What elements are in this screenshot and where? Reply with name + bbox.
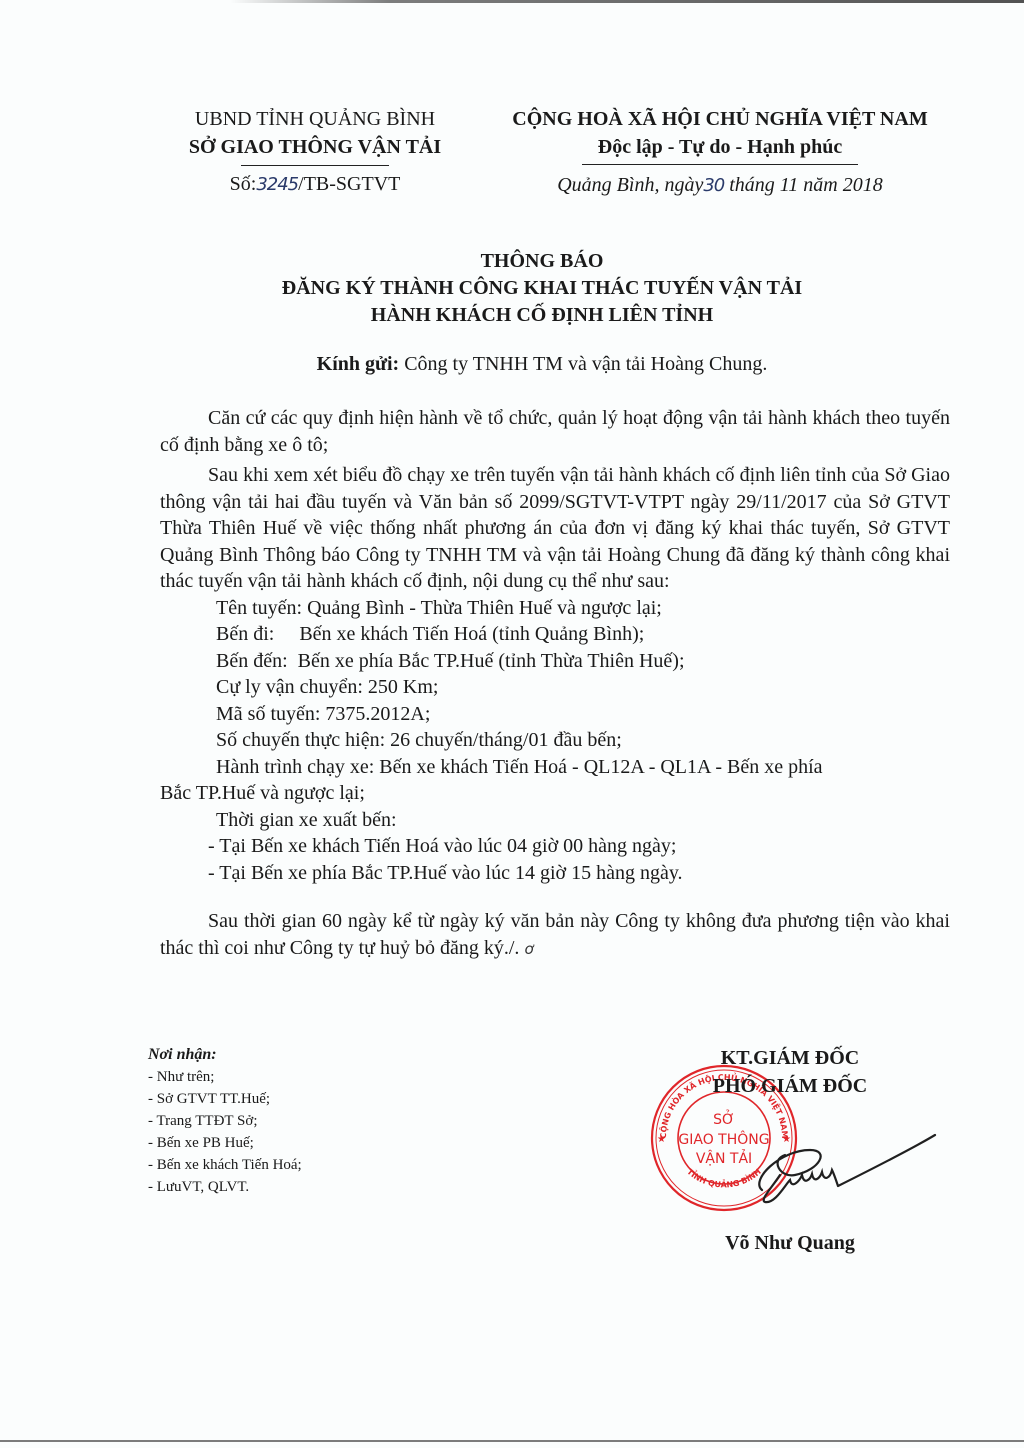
date-prefix: Quảng Bình, ngày <box>557 174 703 196</box>
addressee-label: Kính gửi: <box>317 353 400 375</box>
departure-time-tien-hoa: - Tại Bến xe khách Tiến Hoá vào lúc 04 g… <box>160 833 950 860</box>
authority-name: UBND TỈNH QUẢNG BÌNH <box>150 105 480 133</box>
number-handwritten: 3245 <box>256 174 298 195</box>
title-line-3: HÀNH KHÁCH CỐ ĐỊNH LIÊN TỈNH <box>100 302 984 329</box>
number-prefix: Số: <box>230 173 257 195</box>
title-line-2: ĐĂNG KÝ THÀNH CÔNG KHAI THÁC TUYẾN VẬN T… <box>100 275 984 302</box>
distribution-item: - Bến xe khách Tiến Hoá; <box>148 1154 302 1176</box>
distribution-item: - Trang TTĐT Sở; <box>148 1110 302 1132</box>
svg-text:★: ★ <box>657 1134 666 1145</box>
departure-times-label: Thời gian xe xuất bến: <box>160 807 950 834</box>
closing-text: Sau thời gian 60 ngày kể từ ngày ký văn … <box>160 910 950 959</box>
departure-time-hue: - Tại Bến xe phía Bắc TP.Huế vào lúc 14 … <box>160 860 950 887</box>
title-line-1: THÔNG BÁO <box>100 248 984 275</box>
distribution-item: - LưuVT, QLVT. <box>148 1176 302 1198</box>
distribution-item: - Như trên; <box>148 1066 302 1088</box>
detail-itinerary-line-1: Hành trình chạy xe: Bến xe khách Tiến Ho… <box>160 754 950 781</box>
signature-line-2: PHÓ GIÁM ĐỐC <box>640 1072 940 1100</box>
number-suffix: /TB-SGTVT <box>298 173 400 195</box>
national-header-block: CỘNG HOÀ XÃ HỘI CHỦ NGHĨA VIỆT NAM Độc l… <box>485 105 955 200</box>
handwritten-signature-icon <box>740 1130 940 1210</box>
detail-route-name: Tên tuyến: Quảng Bình - Thừa Thiên Huế v… <box>160 595 950 622</box>
detail-arrival-station: Bến đến: Bến xe phía Bắc TP.Huế (tỉnh Th… <box>160 648 950 675</box>
date-suffix: tháng 11 năm 2018 <box>729 174 883 196</box>
department-name: SỞ GIAO THÔNG VẬN TẢI <box>150 133 480 161</box>
signature-title: KT.GIÁM ĐỐC PHÓ GIÁM ĐỐC <box>640 1044 940 1100</box>
department-underline <box>241 165 389 166</box>
detail-itinerary-line-2: Bắc TP.Huế và ngược lại; <box>160 780 950 807</box>
distribution-item: - Bến xe PB Huế; <box>148 1132 302 1154</box>
initials-mark: ơ <box>524 940 533 958</box>
detail-distance: Cự ly vận chuyển: 250 Km; <box>160 674 950 701</box>
detail-trip-count: Số chuyến thực hiện: 26 chuyến/tháng/01 … <box>160 727 950 754</box>
detail-route-code: Mã số tuyến: 7375.2012A; <box>160 701 950 728</box>
paragraph-legal-basis: Căn cứ các quy định hiện hành về tổ chức… <box>160 405 950 458</box>
nation-name: CỘNG HOÀ XÃ HỘI CHỦ NGHĨA VIỆT NAM <box>485 105 955 133</box>
scan-edge-bottom <box>0 1440 1024 1442</box>
document-title: THÔNG BÁO ĐĂNG KÝ THÀNH CÔNG KHAI THÁC T… <box>100 248 984 329</box>
date-day-handwritten: 30 <box>703 175 724 196</box>
document-body: Căn cứ các quy định hiện hành về tổ chức… <box>160 405 950 962</box>
addressee: Kính gửi: Công ty TNHH TM và vận tải Hoà… <box>100 350 984 378</box>
paragraph-review: Sau khi xem xét biểu đồ chạy xe trên tuy… <box>160 462 950 595</box>
signer-name: Võ Như Quang <box>640 1232 940 1255</box>
distribution-item: - Sở GTVT TT.Huế; <box>148 1088 302 1110</box>
document-date: Quảng Bình, ngày30 tháng 11 năm 2018 <box>485 171 955 200</box>
document-number: Số:3245/TB-SGTVT <box>150 170 480 199</box>
national-motto: Độc lập - Tự do - Hạnh phúc <box>485 133 955 161</box>
paragraph-closing: Sau thời gian 60 ngày kể từ ngày ký văn … <box>160 908 950 962</box>
motto-underline <box>582 164 858 165</box>
signature-line-1: KT.GIÁM ĐỐC <box>640 1044 940 1072</box>
distribution-list: Nơi nhận: - Như trên; - Sở GTVT TT.Huế; … <box>148 1044 302 1198</box>
issuing-authority-block: UBND TỈNH QUẢNG BÌNH SỞ GIAO THÔNG VẬN T… <box>150 105 480 199</box>
addressee-value: Công ty TNHH TM và vận tải Hoàng Chung. <box>404 353 767 375</box>
distribution-heading: Nơi nhận: <box>148 1044 302 1066</box>
svg-text:SỞ: SỞ <box>713 1109 735 1128</box>
detail-departure-station: Bến đi: Bến xe khách Tiến Hoá (tỉnh Quản… <box>160 621 950 648</box>
scan-edge-top <box>230 0 1024 3</box>
